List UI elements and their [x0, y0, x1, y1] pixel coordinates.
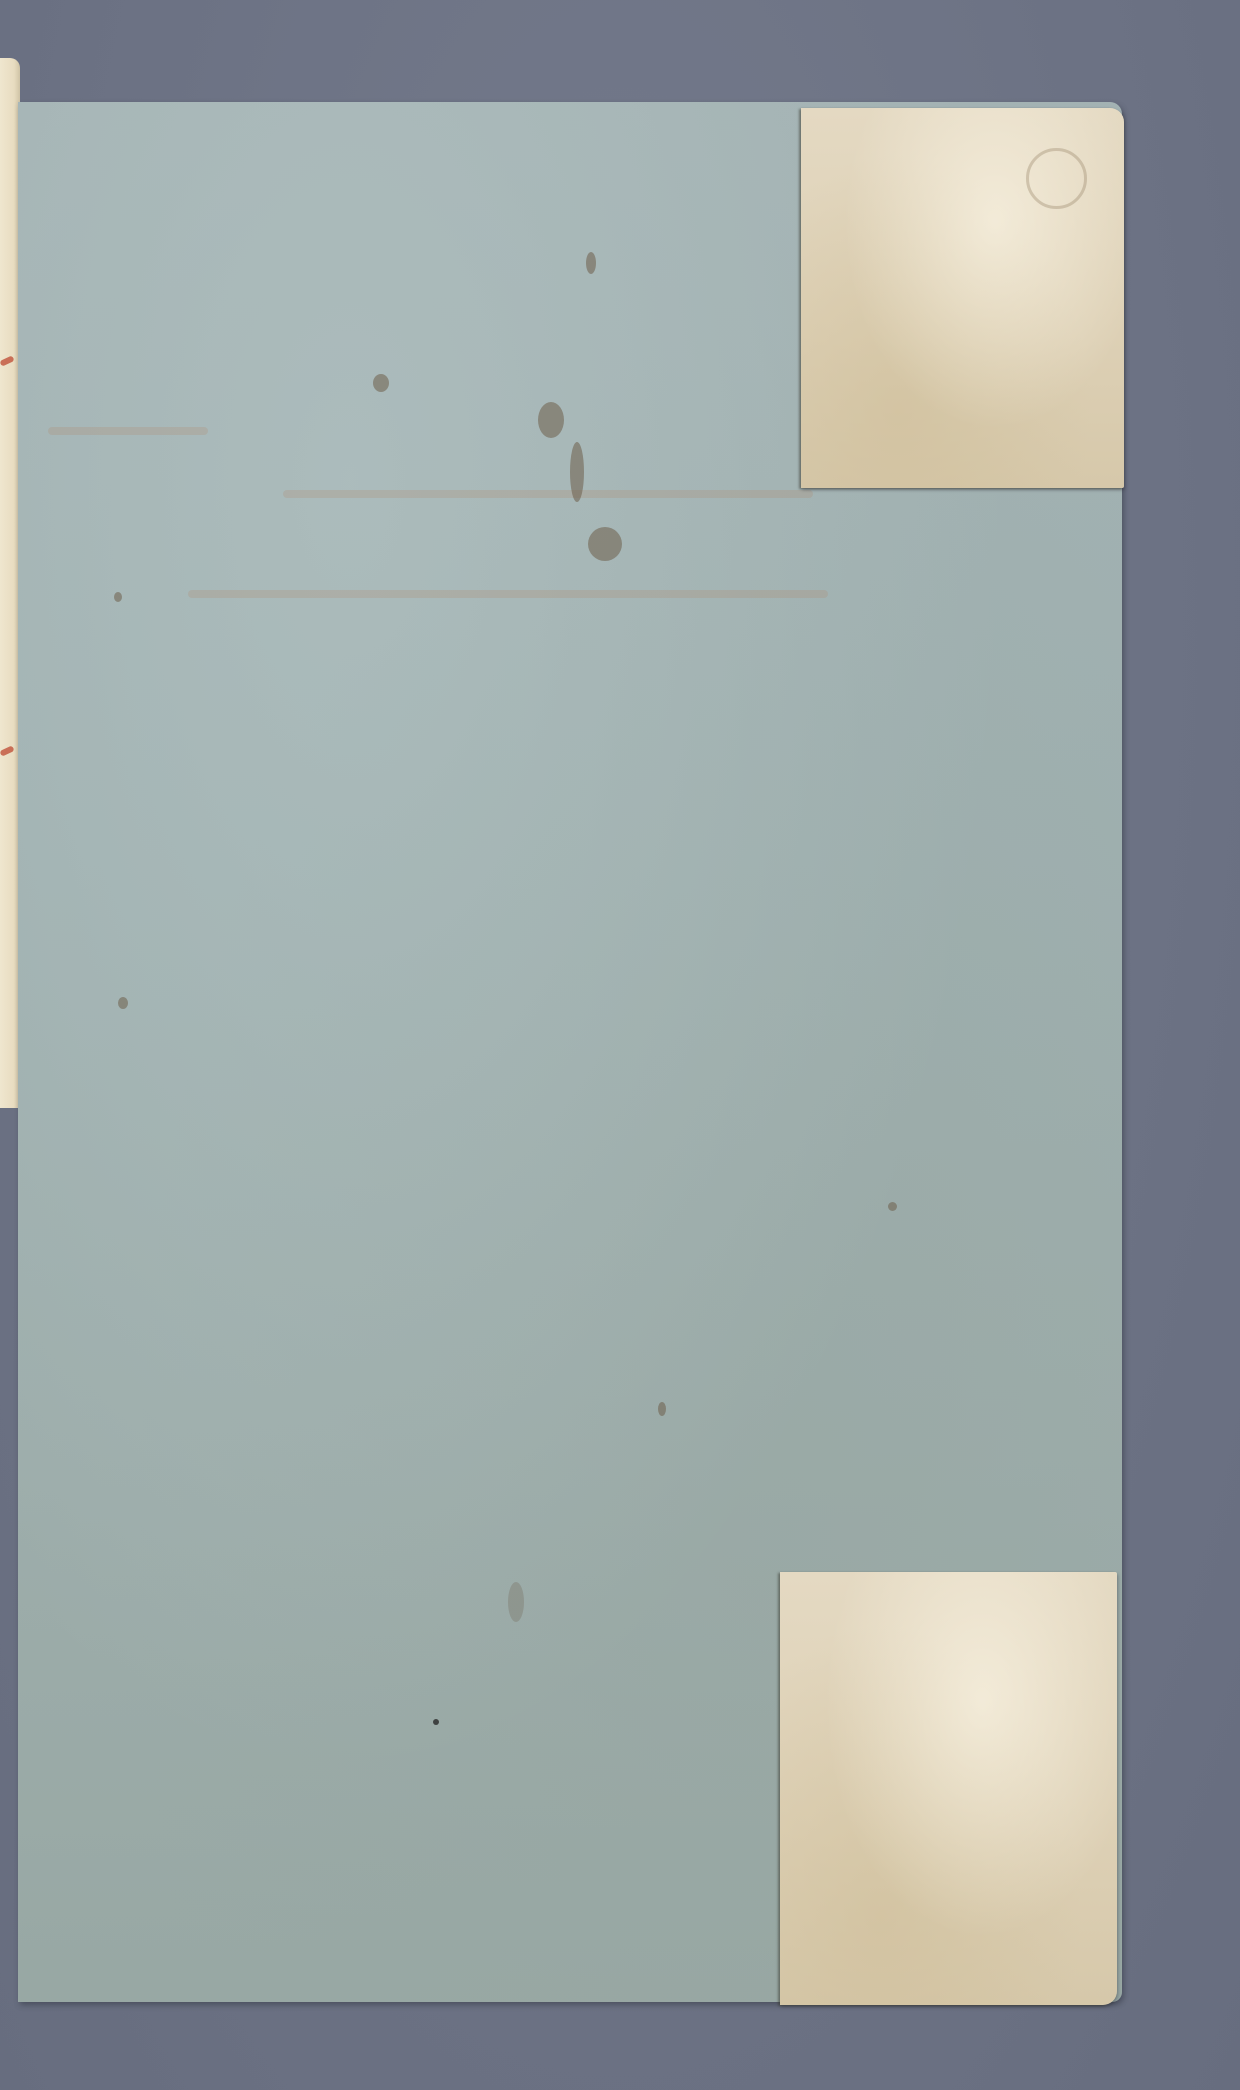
stain-speck — [114, 592, 122, 602]
paper-patch-top — [801, 108, 1124, 488]
stain-speck — [508, 1582, 524, 1622]
red-ink-mark — [0, 355, 15, 366]
red-ink-mark — [0, 745, 15, 756]
inner-page-edge — [0, 58, 20, 1108]
stain-ring — [1026, 148, 1087, 209]
stain-speck — [118, 997, 128, 1009]
stain-speck — [888, 1202, 897, 1211]
stain-speck — [538, 402, 564, 438]
stain-speck — [658, 1402, 666, 1416]
stain-speck — [373, 374, 389, 392]
faint-offset-line — [48, 427, 208, 435]
stain-speck — [586, 252, 596, 274]
stain-speck — [588, 527, 622, 561]
faint-offset-line — [188, 590, 828, 598]
faint-offset-line — [283, 490, 813, 498]
stain-speck — [570, 442, 584, 502]
paper-patch-bottom — [780, 1572, 1117, 2005]
stain-speck — [433, 1719, 439, 1725]
